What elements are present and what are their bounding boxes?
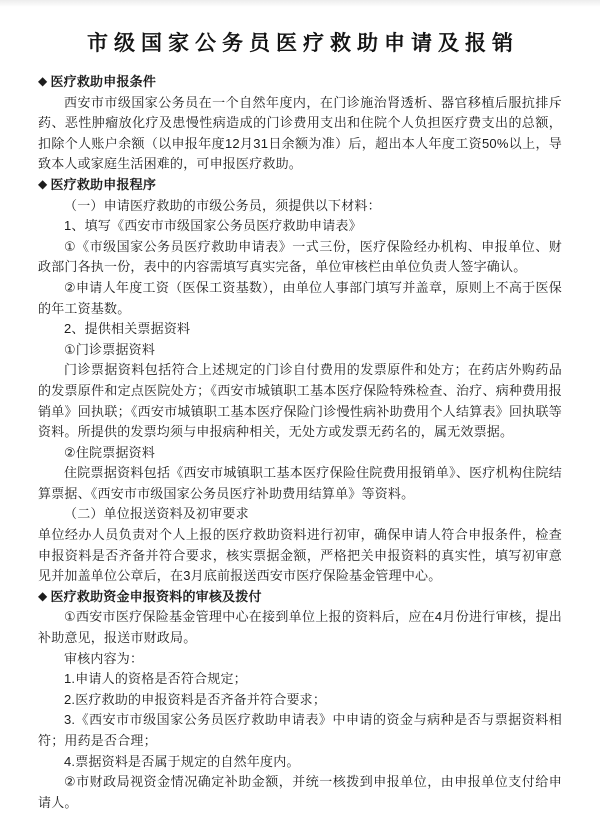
paragraph: 门诊票据资料包括符合上述规定的门诊自付费用的发票原件和处方；在药店外购药品的发票… [38,360,562,442]
scan-edge-shade [0,0,600,7]
paragraph: 1、填写《西安市市级国家公务员医疗救助申请表》 [38,216,562,237]
paragraph: 4.票据资料是否属于规定的自然年度内。 [38,752,562,773]
diamond-bullet-icon: ◆ [38,586,47,607]
section-heading: ◆医疗救助申报条件 [38,72,562,93]
paragraph: （一）申请医疗救助的市级公务员，须提供以下材料： [38,196,562,217]
page-title: 市级国家公务员医疗救助申请及报销 [0,29,600,59]
paragraph: ①《市级国家公务员医疗救助申请表》一式三份，医疗保险经办机构、申报单位、财政部门… [38,237,562,278]
diamond-bullet-icon: ◆ [38,174,47,195]
paragraph: 2、提供相关票据资料 [38,319,562,340]
paragraph: 3.《西安市市级国家公务员医疗救助申请表》中申请的资金与病种是否与票据资料相符；… [38,710,562,751]
paragraph: 西安市市级国家公务员在一个自然年度内，在门诊施治肾透析、器官移植后服抗排斥药、恶… [38,93,562,175]
section-heading: ◆医疗救助资金申报资料的审核及拨付 [38,587,562,608]
document-body: ◆医疗救助申报条件西安市市级国家公务员在一个自然年度内，在门诊施治肾透析、器官移… [0,72,600,813]
paragraph: 单位经办人员负责对个人上报的医疗救助资料进行初审，确保申请人符合申报条件，检查申… [38,525,562,587]
paragraph: ②住院票据资料 [38,443,562,464]
document-page: 市级国家公务员医疗救助申请及报销 ◆医疗救助申报条件西安市市级国家公务员在一个自… [0,0,600,816]
heading-text: 医疗救助申报程序 [50,177,156,192]
section-heading: ◆医疗救助申报程序 [38,175,562,196]
paragraph: 2.医疗救助的申报资料是否齐备并符合要求； [38,690,562,711]
diamond-bullet-icon: ◆ [38,71,47,92]
paragraph: 住院票据资料包括《西安市城镇职工基本医疗保险住院费用报销单》、医疗机构住院结算票… [38,463,562,504]
paragraph: ②申请人年度工资（医保工资基数），由单位人事部门填写并盖章，原则上不高于医保的年… [38,278,562,319]
paragraph: 审核内容为： [38,649,562,670]
paragraph: （二）单位报送资料及初审要求 [38,504,562,525]
paragraph: ①门诊票据资料 [38,340,562,361]
paragraph: ②市财政局视资金情况确定补助金额，并统一核拨到申报单位，由申报单位支付给申请人。 [38,772,562,813]
paragraph: ①西安市医疗保险基金管理中心在接到单位上报的资料后，应在4月份进行审核，提出补助… [38,607,562,648]
paragraph: 1.申请人的资格是否符合规定； [38,669,562,690]
heading-text: 医疗救助资金申报资料的审核及拨付 [50,589,261,604]
heading-text: 医疗救助申报条件 [50,74,156,89]
